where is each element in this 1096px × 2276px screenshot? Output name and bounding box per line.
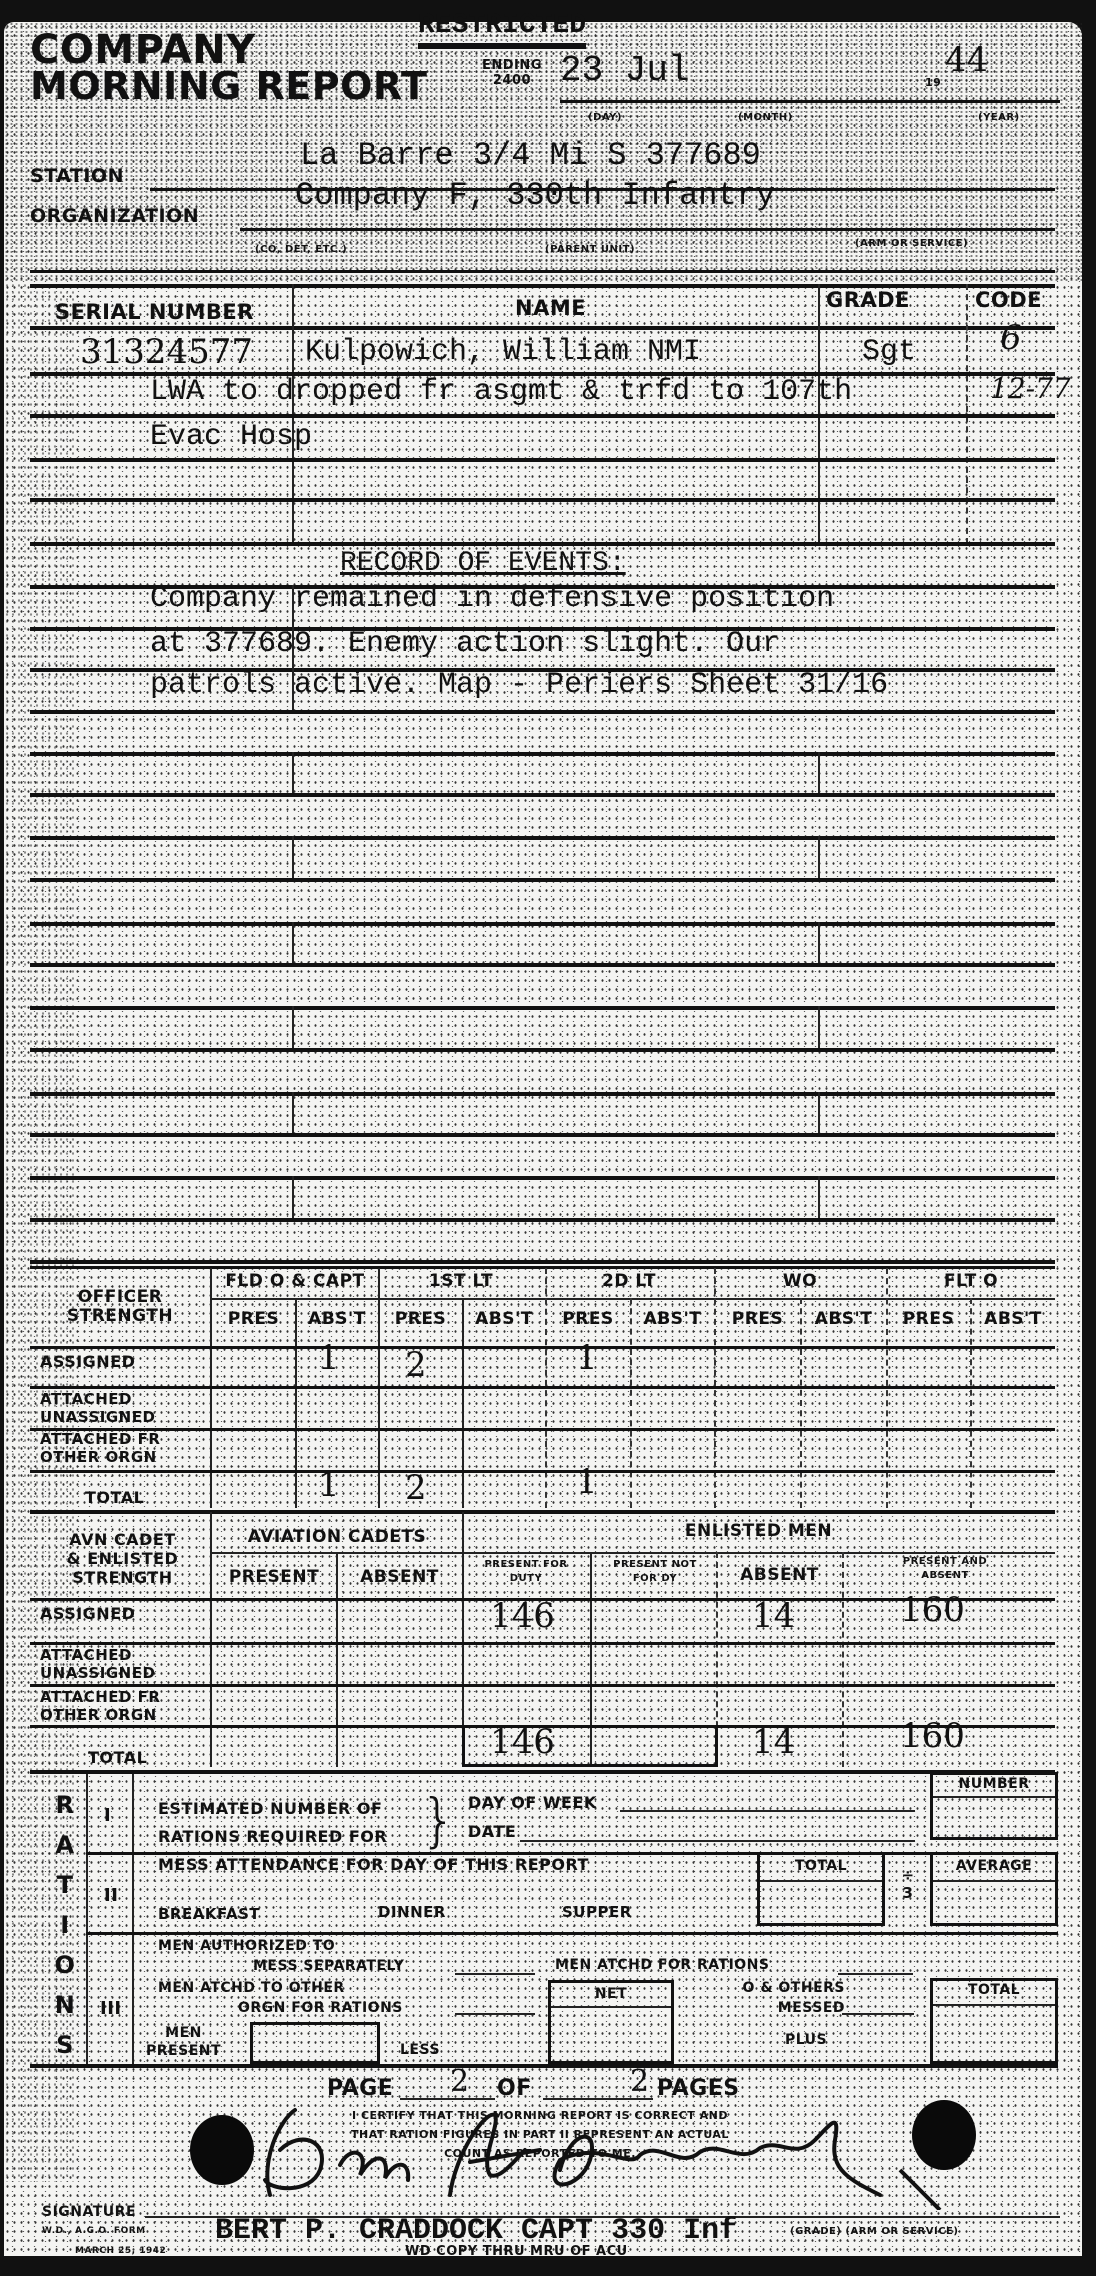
event-line-3: patrols active. Map - Periers Sheet 31/1… bbox=[150, 668, 888, 702]
col-divider bbox=[818, 922, 820, 963]
supper-label: SUPPER bbox=[562, 1903, 632, 1921]
ending-label-line1: ENDING bbox=[482, 58, 542, 73]
soldier-grade: Sgt bbox=[862, 335, 916, 369]
of-label: OF bbox=[497, 2076, 532, 2101]
officer-row-label-assigned: ASSIGNED bbox=[40, 1352, 135, 1371]
day-label: (DAY) bbox=[588, 112, 622, 123]
plus-label: PLUS bbox=[785, 2032, 827, 2048]
side-letter: T bbox=[50, 1865, 80, 1905]
row-rule bbox=[30, 1006, 1055, 1010]
form-label-line2: MARCH 25, 1942 bbox=[75, 2246, 166, 2256]
box-rule bbox=[760, 1880, 882, 1882]
station-value: La Barre 3/4 Mi S 377689 bbox=[300, 137, 761, 174]
signature-icon bbox=[240, 2100, 960, 2210]
enlisted-row-label-attached-fr: ATTACHED FR OTHER ORGN bbox=[40, 1688, 205, 1724]
serial-number: 31324577 bbox=[80, 332, 253, 372]
organization-value: Company F, 330th Infantry bbox=[295, 177, 775, 214]
row-rule bbox=[30, 752, 1055, 756]
header-bottom-rule bbox=[30, 326, 1055, 330]
date-label: DATE bbox=[468, 1822, 516, 1841]
men-atchd-other-label: MEN ATCHD TO OTHER ORGN FOR RATIONS bbox=[158, 1978, 403, 2018]
grade-arm-label: (GRADE) (ARM OR SERVICE) bbox=[790, 2226, 958, 2237]
table-rule bbox=[30, 270, 1055, 273]
enlisted-strength-title: AVN CADET & ENLISTED STRENGTH bbox=[40, 1530, 205, 1587]
ending-label: ENDING 2400 bbox=[482, 58, 542, 88]
col-present-not-for-duty: PRESENT NOT FOR DY bbox=[600, 1558, 710, 1586]
year-label: (YEAR) bbox=[978, 112, 1020, 123]
col-divider bbox=[292, 1092, 294, 1133]
officer-1st-lt-pres-total: 2 bbox=[405, 1468, 427, 1508]
section-i-label-line2: RATIONS REQUIRED FOR bbox=[158, 1823, 387, 1851]
men-authorized-line1: MEN AUTHORIZED TO bbox=[158, 1936, 404, 1956]
row-rule bbox=[30, 1260, 1055, 1264]
col-divider bbox=[292, 836, 294, 878]
officer-strength-title: OFFICER STRENGTH bbox=[40, 1288, 200, 1326]
ending-label-line2: 2400 bbox=[482, 73, 542, 88]
date-underline bbox=[560, 100, 1060, 103]
event-line-1: Company remained in defensive position bbox=[150, 582, 834, 616]
duty-code: 6 bbox=[1000, 318, 1022, 358]
section-i-numeral: I bbox=[104, 1805, 111, 1826]
col-divider bbox=[818, 836, 820, 878]
enlisted-absent-total: 14 bbox=[752, 1722, 795, 1762]
o-others-line1: O & OTHERS bbox=[705, 1978, 845, 1998]
side-letter: S bbox=[50, 2025, 80, 2065]
record-of-events-heading: RECORD OF EVENTS: bbox=[340, 548, 626, 579]
row-rule bbox=[30, 1684, 1055, 1687]
officer-fld-capt-abst-assigned: 1 bbox=[318, 1338, 340, 1378]
brace-icon: } bbox=[420, 1790, 457, 1850]
men-present-box[interactable] bbox=[250, 2022, 380, 2064]
copy-note: WD COPY THRU MRU OF ACU bbox=[405, 2244, 628, 2259]
remark-annotation: 12-77 bbox=[990, 372, 1071, 405]
row-rule bbox=[30, 836, 1055, 840]
soldier-name: Kulpowich, William NMI bbox=[305, 335, 701, 369]
row-rule bbox=[30, 1133, 1055, 1137]
subcol-abst: ABS'T bbox=[631, 1310, 714, 1329]
report-title-line2: MORNING REPORT bbox=[30, 66, 427, 106]
men-atchd-other-field[interactable] bbox=[455, 2013, 535, 2015]
box-rule bbox=[933, 1796, 1055, 1798]
box-rule bbox=[933, 1880, 1055, 1882]
side-letter: A bbox=[50, 1825, 80, 1865]
org-sublabel-co: (CO, DET, ETC.) bbox=[255, 244, 347, 255]
men-atchd-other-line1: MEN ATCHD TO OTHER bbox=[158, 1978, 403, 1998]
page-current: 2 bbox=[450, 2064, 469, 2099]
men-present-line1: MEN bbox=[146, 2024, 221, 2042]
enlisted-absent-assigned: 14 bbox=[752, 1596, 795, 1636]
subcol-pres: PRES bbox=[715, 1310, 800, 1329]
classification-stamp: RESTRICTED bbox=[418, 10, 586, 49]
month-label: (MONTH) bbox=[738, 112, 793, 123]
officer-group-1st-lt: 1ST LT bbox=[378, 1272, 544, 1291]
men-atchd-other-line2: ORGN FOR RATIONS bbox=[158, 1998, 403, 2018]
rations-side-label: R A T I O N S bbox=[50, 1785, 80, 2065]
section-iii-numeral: III bbox=[100, 1998, 122, 2019]
men-atchd-rations-label: MEN ATCHD FOR RATIONS bbox=[555, 1957, 769, 1973]
enlisted-row-label-attached-unassigned: ATTACHED UNASSIGNED bbox=[40, 1646, 205, 1682]
row-rule bbox=[30, 1092, 1055, 1096]
dinner-label: DINNER bbox=[378, 1903, 446, 1921]
officer-row-label-attached-unassigned: ATTACHED UNASSIGNED bbox=[40, 1390, 205, 1426]
men-authorized-field[interactable] bbox=[455, 1973, 535, 1975]
col-cadets-absent: ABSENT bbox=[337, 1568, 462, 1587]
col-divider bbox=[842, 1552, 844, 1767]
event-line-2: at 377689. Enemy action slight. Our bbox=[150, 627, 780, 661]
org-sublabel-arm: (ARM OR SERVICE) bbox=[855, 238, 968, 249]
col-header-name: NAME bbox=[515, 296, 586, 320]
col-divider bbox=[800, 1298, 802, 1508]
officer-title-line2: STRENGTH bbox=[40, 1307, 200, 1326]
remark-line1: LWA to dropped fr asgmt & trfd to 107th bbox=[150, 375, 852, 409]
breakfast-label: BREAKFAST bbox=[158, 1905, 260, 1923]
subcol-abst: ABS'T bbox=[971, 1310, 1055, 1329]
enlisted-title-line3: STRENGTH bbox=[40, 1568, 205, 1587]
officer-group-flt-o: FLT O bbox=[886, 1272, 1056, 1291]
row-rule bbox=[30, 1470, 1055, 1473]
side-letter: O bbox=[50, 1945, 80, 1985]
enlisted-present-for-duty-assigned: 146 bbox=[490, 1596, 555, 1636]
page-total: 2 bbox=[630, 2064, 649, 2099]
row-rule bbox=[30, 963, 1055, 967]
col-divider bbox=[630, 1298, 632, 1508]
officer-group-wo: WO bbox=[714, 1272, 886, 1291]
officer-group-2d-lt: 2D LT bbox=[544, 1272, 714, 1291]
men-atchd-rations-field[interactable] bbox=[838, 1973, 913, 1975]
row-rule bbox=[30, 1642, 1055, 1645]
day-of-week-label: DAY OF WEEK bbox=[468, 1793, 597, 1812]
mess-attendance-label: MESS ATTENDANCE FOR DAY OF THIS REPORT bbox=[158, 1855, 589, 1874]
row-rule bbox=[30, 922, 1055, 926]
date-field[interactable] bbox=[520, 1840, 915, 1842]
date-value: 23 Jul bbox=[560, 50, 690, 91]
row-rule bbox=[30, 498, 1055, 502]
col-cadets-present: PRESENT bbox=[212, 1568, 336, 1587]
year-prefix: 19 bbox=[925, 76, 941, 89]
col-enlisted-absent: ABSENT bbox=[717, 1566, 842, 1585]
col-divider bbox=[292, 585, 294, 710]
officer-row-label-attached-fr: ATTACHED FR OTHER ORGN bbox=[40, 1430, 205, 1466]
station-label: STATION bbox=[30, 165, 124, 187]
officer-1st-lt-pres-assigned: 2 bbox=[405, 1345, 427, 1385]
o-others-line2: MESSED bbox=[705, 1998, 845, 2018]
col-header-serial: SERIAL NUMBER bbox=[55, 300, 254, 324]
organization-underline bbox=[240, 228, 1055, 231]
row-rule bbox=[30, 1218, 1055, 1222]
subcol-abst: ABS'T bbox=[296, 1310, 378, 1329]
enlisted-present-for-duty-total: 146 bbox=[490, 1722, 555, 1762]
rations-total-label: TOTAL bbox=[932, 1982, 1056, 1998]
page-label: PAGE bbox=[327, 2076, 393, 2101]
row-rule bbox=[30, 1176, 1055, 1180]
remark-line2: Evac Hosp bbox=[150, 420, 312, 454]
col-divider bbox=[295, 1298, 297, 1508]
pages-label: PAGES bbox=[657, 2076, 740, 2101]
col-divider bbox=[292, 752, 294, 793]
row-rule bbox=[30, 414, 1055, 418]
col-divider bbox=[818, 1006, 820, 1048]
subcol-abst: ABS'T bbox=[463, 1310, 545, 1329]
side-letter: I bbox=[50, 1905, 80, 1945]
enlisted-row-label-total: TOTAL bbox=[88, 1748, 147, 1767]
section-rule bbox=[30, 1770, 1055, 1774]
enlisted-title-line1: AVN CADET bbox=[40, 1530, 205, 1549]
col-divider bbox=[292, 922, 294, 963]
side-letter: R bbox=[50, 1785, 80, 1825]
men-present-line2: PRESENT bbox=[146, 2042, 221, 2060]
row-rule bbox=[30, 1346, 1055, 1349]
org-sublabel-parent: (PARENT UNIT) bbox=[545, 244, 635, 255]
men-authorized-line2: MESS SEPARATELY bbox=[158, 1956, 404, 1976]
col-header-grade: GRADE bbox=[826, 288, 910, 312]
section-rule bbox=[30, 2064, 1058, 2068]
officer-2d-lt-pres-total: 1 bbox=[576, 1462, 598, 1502]
col-present-and-absent: PRESENT AND ABSENT bbox=[880, 1555, 1010, 1583]
average-label: AVERAGE bbox=[932, 1858, 1056, 1874]
row-rule bbox=[30, 793, 1055, 797]
less-label: LESS bbox=[400, 2042, 440, 2058]
enlisted-title-line2: & ENLISTED bbox=[40, 1549, 205, 1568]
col-divider bbox=[86, 1774, 88, 2064]
officer-title-line1: OFFICER bbox=[40, 1288, 200, 1307]
enlisted-row-label-assigned: ASSIGNED bbox=[40, 1604, 135, 1623]
divide-by-three: ÷ 3 bbox=[898, 1866, 918, 1902]
typed-officer-name: BERT P. CRADDOCK CAPT 330 Inf bbox=[215, 2214, 737, 2248]
men-present-label: MEN PRESENT bbox=[146, 2024, 221, 2060]
organization-label: ORGANIZATION bbox=[30, 205, 199, 227]
col-divider bbox=[210, 1512, 212, 1767]
o-others-field[interactable] bbox=[842, 2013, 914, 2015]
subcol-pres: PRES bbox=[887, 1310, 970, 1329]
signature-label: SIGNATURE bbox=[42, 2204, 136, 2220]
subcol-pres: PRES bbox=[546, 1310, 630, 1329]
col-divider bbox=[818, 752, 820, 793]
enlisted-present-and-absent-total: 160 bbox=[900, 1716, 965, 1756]
section-i-label: ESTIMATED NUMBER OF RATIONS REQUIRED FOR bbox=[158, 1795, 387, 1851]
box-rule bbox=[551, 2006, 671, 2008]
subcol-pres: PRES bbox=[212, 1310, 295, 1329]
col-divider bbox=[970, 1298, 972, 1508]
net-label: NET bbox=[550, 1986, 672, 2002]
side-letter: N bbox=[50, 1985, 80, 2025]
row-rule bbox=[30, 1048, 1055, 1052]
col-header-code: CODE bbox=[975, 288, 1042, 312]
enlisted-men-header: ENLISTED MEN bbox=[462, 1522, 1055, 1541]
section-ii-numeral: II bbox=[104, 1885, 118, 1906]
col-divider bbox=[462, 1298, 464, 1508]
col-present-for-duty: PRESENT FOR DUTY bbox=[476, 1558, 576, 1586]
col-divider bbox=[292, 1006, 294, 1048]
row-rule bbox=[30, 1386, 1055, 1389]
subheader-rule bbox=[210, 1298, 1055, 1300]
aviation-cadets-header: AVIATION CADETS bbox=[212, 1528, 462, 1547]
men-authorized-label: MEN AUTHORIZED TO MESS SEPARATELY bbox=[158, 1936, 404, 1976]
col-divider bbox=[292, 1176, 294, 1218]
officer-row-label-total: TOTAL bbox=[85, 1488, 144, 1507]
row-rule bbox=[30, 458, 1055, 462]
number-label: NUMBER bbox=[932, 1776, 1056, 1792]
section-i-label-line1: ESTIMATED NUMBER OF bbox=[158, 1795, 387, 1823]
year-value: 44 bbox=[945, 40, 988, 80]
mess-total-label: TOTAL bbox=[759, 1858, 883, 1874]
officer-fld-capt-abst-total: 1 bbox=[318, 1465, 340, 1505]
row-rule bbox=[30, 542, 1055, 546]
officer-2d-lt-pres-assigned: 1 bbox=[576, 1338, 598, 1378]
col-divider bbox=[818, 1092, 820, 1133]
col-divider bbox=[818, 1176, 820, 1218]
day-of-week-field[interactable] bbox=[620, 1810, 915, 1812]
subcol-pres: PRES bbox=[379, 1310, 462, 1329]
form-label-line1: W.D., A.G.O. FORM bbox=[42, 2226, 146, 2236]
section-rule bbox=[30, 1510, 1055, 1514]
enlisted-present-and-absent-assigned: 160 bbox=[900, 1590, 965, 1630]
col-divider bbox=[132, 1774, 134, 2064]
section-rule bbox=[30, 1266, 1055, 1269]
row-rule bbox=[30, 878, 1055, 882]
row-rule bbox=[30, 710, 1055, 714]
subcol-abst: ABS'T bbox=[801, 1310, 886, 1329]
box-rule bbox=[933, 2004, 1055, 2006]
officer-group-fld-capt: FLD O & CAPT bbox=[212, 1272, 378, 1291]
o-others-messed-label: O & OTHERS MESSED bbox=[705, 1978, 845, 2018]
section-rule bbox=[86, 1932, 1058, 1935]
